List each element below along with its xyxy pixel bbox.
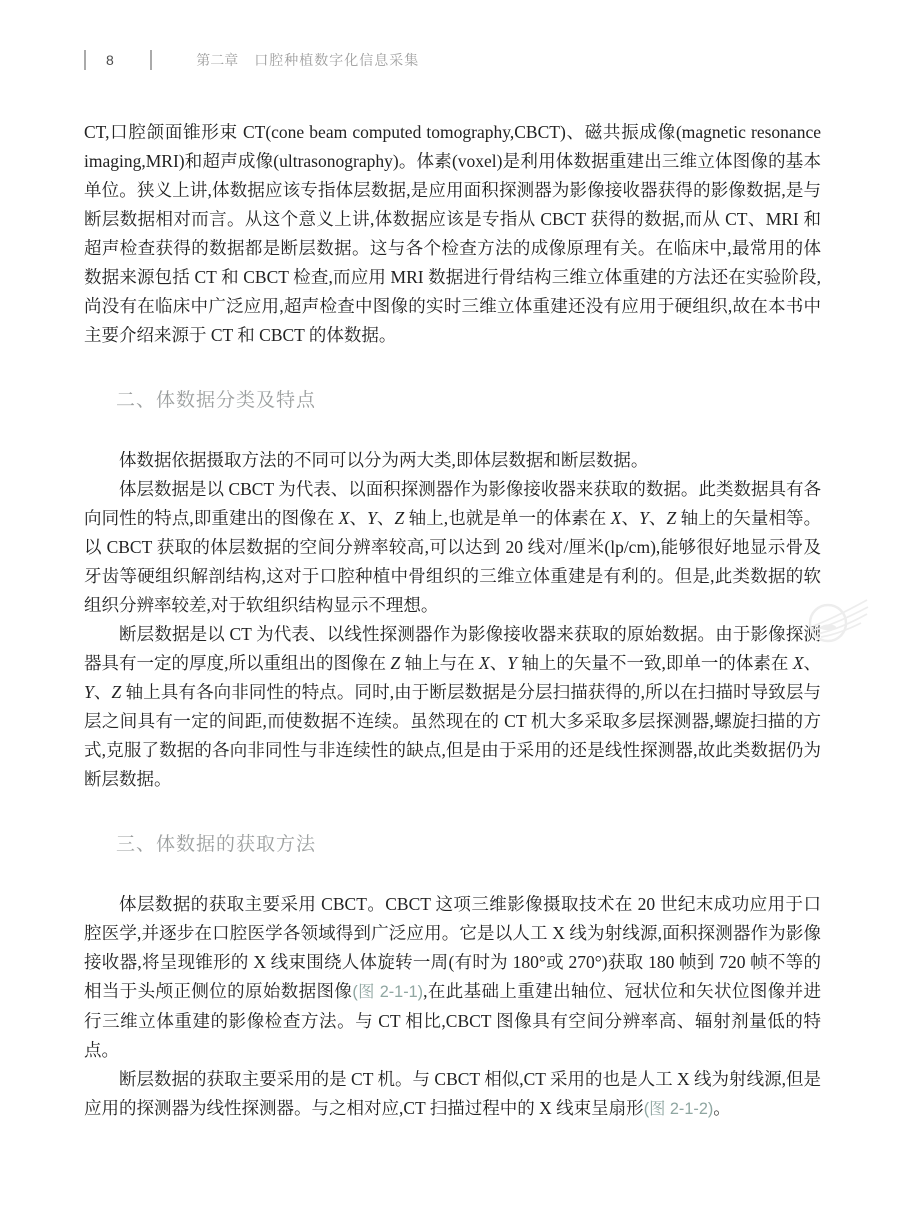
chapter-label: 第二章	[196, 50, 238, 70]
header-rule-right	[150, 50, 152, 70]
section-heading-acquisition-methods: 三、体数据的获取方法	[84, 833, 821, 857]
paragraph-classification-intro: 体数据依据摄取方法的不同可以分为两大类,即体层数据和断层数据。	[84, 446, 821, 475]
book-page: 8 第二章 口腔种植数字化信息采集 CT,口腔颌面锥形束 CT(cone bea…	[0, 0, 900, 1222]
header-rule-left	[84, 50, 86, 70]
page-number: 8	[106, 52, 114, 68]
paragraph-continuation: CT,口腔颌面锥形束 CT(cone beam computed tomogra…	[84, 118, 821, 350]
page-body: CT,口腔颌面锥形束 CT(cone beam computed tomogra…	[84, 118, 821, 1124]
page-header: 8 第二章 口腔种植数字化信息采集	[84, 50, 820, 70]
paragraph-cbct-acquisition: 体层数据的获取主要采用 CBCT。CBCT 这项三维影像摄取技术在 20 世纪末…	[84, 890, 821, 1065]
paragraph-ct-acquisition: 断层数据的获取主要采用的是 CT 机。与 CBCT 相似,CT 采用的也是人工 …	[84, 1065, 821, 1124]
chapter-title: 口腔种植数字化信息采集	[254, 50, 419, 70]
section-heading-volume-data-types: 二、体数据分类及特点	[84, 389, 821, 413]
paragraph-volume-layer-data: 体层数据是以 CBCT 为代表、以面积探测器作为影像接收器来获取的数据。此类数据…	[84, 475, 821, 620]
paragraph-tomographic-data: 断层数据是以 CT 为代表、以线性探测器作为影像接收器来获取的原始数据。由于影像…	[84, 620, 821, 794]
